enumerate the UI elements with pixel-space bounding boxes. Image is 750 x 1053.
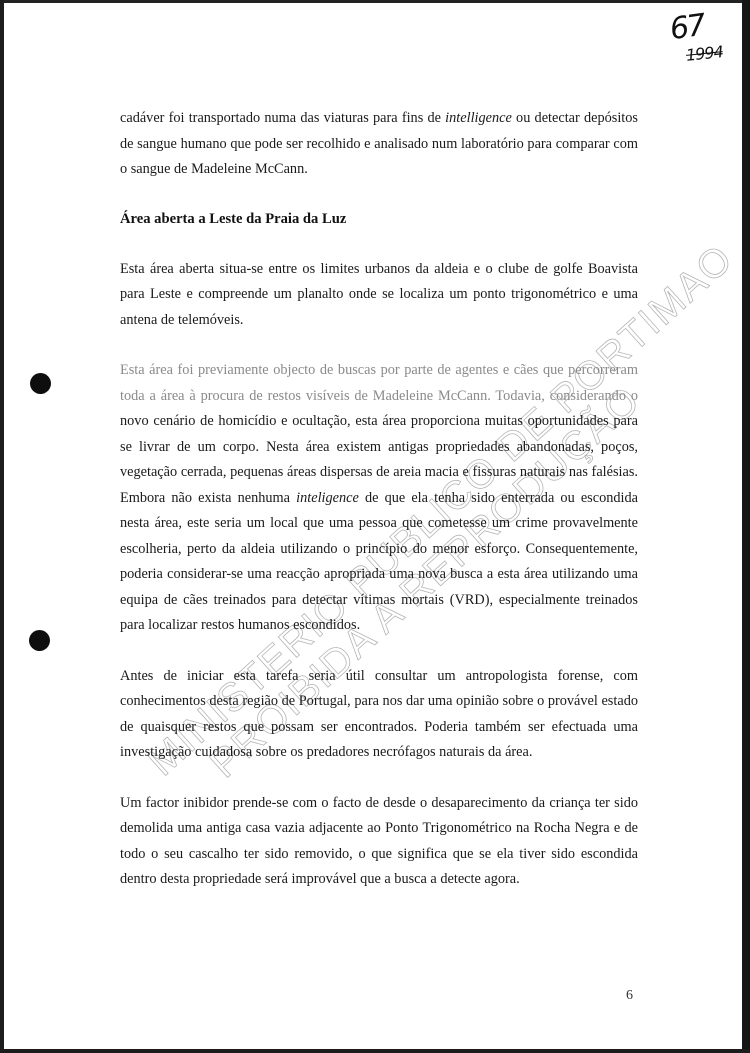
- document-body: cadáver foi transportado numa das viatur…: [120, 106, 638, 918]
- handwritten-page-annotation: 67 1994: [662, 8, 732, 68]
- italic-term: intelligence: [445, 110, 512, 126]
- handwritten-struck-ref: 1994: [685, 42, 724, 65]
- paragraph-text: de que ela tenha sido enterrada ou escon…: [120, 490, 638, 634]
- scan-edge-left: [0, 0, 4, 1053]
- scan-edge-bottom: [0, 1049, 750, 1053]
- section-heading: Área aberta a Leste da Praia da Luz: [120, 207, 638, 232]
- paragraph-forensic-anthropologist: Antes de iniciar esta tarefa seria útil …: [120, 664, 638, 766]
- page-number: 6: [626, 988, 633, 1004]
- paragraph-text: cadáver foi transportado numa das viatur…: [120, 110, 445, 126]
- punch-hole-icon: [29, 630, 50, 651]
- faded-text: Esta área foi previamente objecto de bus…: [120, 362, 638, 404]
- paragraph-inhibiting-factor: Um factor inibidor prende-se com o facto…: [120, 791, 638, 893]
- scan-edge-top: [0, 0, 750, 3]
- italic-term: inteligence: [296, 490, 359, 506]
- paragraph-previous-searches: Esta área foi previamente objecto de bus…: [120, 358, 638, 639]
- paragraph-area-description: Esta área aberta situa-se entre os limit…: [120, 257, 638, 334]
- handwritten-page-ref: 67: [668, 8, 707, 47]
- scan-edge-right: [742, 0, 750, 1053]
- paragraph-continuation: cadáver foi transportado numa das viatur…: [120, 106, 638, 183]
- punch-hole-icon: [30, 373, 51, 394]
